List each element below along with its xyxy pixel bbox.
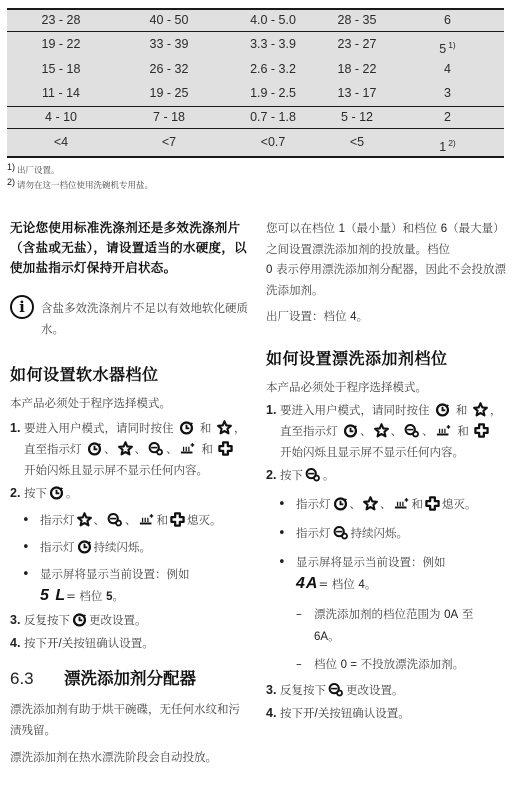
display-readout: 5 L <box>40 587 66 604</box>
value: 0 = <box>341 659 357 671</box>
punct: ， <box>490 403 502 417</box>
table-row: <4 <7 <0.7 <5 12) <box>7 128 504 157</box>
dash-text: 漂洗添加剂的档位范围为 <box>314 607 441 621</box>
step-number: 4. <box>10 633 20 654</box>
bullet-indicator-flashing: 指示灯持续闪烁。 <box>266 523 510 544</box>
step-number: 4. <box>266 703 276 724</box>
section-title-softener: 如何设置软水器档位 <box>10 362 258 385</box>
footnote-text: 请勿在这一档位使用洗碗机专用盐。 <box>17 181 153 191</box>
glass-icon <box>404 423 420 438</box>
bullet-text: 持续闪烁。 <box>351 526 409 540</box>
dash-text: 档位 <box>314 657 337 671</box>
bullet-text: = 档位 <box>66 589 102 603</box>
level-cell: 6 <box>391 9 504 31</box>
info-note: i 含盐多效洗涤剂片不足以有效地软化硬质水。 <box>10 294 258 340</box>
level-value: 6 <box>444 13 451 27</box>
star-icon <box>118 441 133 456</box>
table-row: 4 - 10 7 - 18 0.7 - 1.8 5 - 12 2 <box>7 106 504 128</box>
step-number: 3. <box>10 610 20 631</box>
bullet-display-setting: 显示屏将显示当前设置：例如 4A= 档位 4。 <box>266 552 510 596</box>
bullet-text: 熄灭。 <box>442 497 477 511</box>
step-text: 和 <box>456 403 468 417</box>
step-text: 按下 <box>280 706 303 720</box>
table-cell: 1.9 - 2.5 <box>223 81 323 106</box>
bullet-text: 指示灯 <box>296 497 331 511</box>
table-cell: 33 - 39 <box>115 31 223 56</box>
step-text: 和 <box>200 421 212 435</box>
table-cell: 7 - 18 <box>115 106 223 128</box>
step-text: 按下 <box>280 468 303 482</box>
text: （最小量）和档位 <box>345 221 437 235</box>
factory-setting: 出厂设置：档位 4。 <box>266 306 510 328</box>
footnote-mark: 1) <box>7 162 15 172</box>
star-icon <box>217 420 232 435</box>
step-text: 更改设置。 <box>89 613 147 627</box>
table-cell: 40 - 50 <box>115 9 223 31</box>
bullet-text: 显示屏将显示当前设置：例如 <box>40 567 190 581</box>
clock-icon <box>435 402 450 417</box>
right-column: 您可以在档位 1（最小量）和档位 6（最大量）之间设置漂洗添加剂的投放量。档位 … <box>266 218 510 725</box>
section-title: 漂洗添加剂分配器 <box>64 669 196 688</box>
step-text: 更改设置。 <box>346 683 404 697</box>
glass-icon <box>305 467 321 482</box>
bullet-text: 指示灯 <box>296 526 331 540</box>
star-icon <box>363 496 378 511</box>
table-cell: 3.3 - 3.9 <box>223 31 323 56</box>
punct: 。 <box>112 589 124 603</box>
table-cell: 0.7 - 1.8 <box>223 106 323 128</box>
step-4: 4. 按下开/关按钮确认设置。 <box>10 633 258 655</box>
clock-icon <box>87 441 102 456</box>
dash-mark: – <box>296 604 302 625</box>
punct: 、 <box>350 497 362 511</box>
text: 您可以在档位 <box>266 221 335 235</box>
step-text: 按钮确认设置。 <box>73 636 154 650</box>
bullet-text: 持续闪烁。 <box>94 540 152 554</box>
dash-text: 不投放漂洗添加剂。 <box>361 657 465 671</box>
value: 0A <box>444 609 458 621</box>
step-text: 按钮确认设置。 <box>329 706 410 720</box>
info-icon: i <box>10 295 34 319</box>
footnote-mark: 2) <box>7 177 15 187</box>
section-title-rinse-aid: 如何设置漂洗添加剂档位 <box>266 346 510 369</box>
step-text: 和 <box>201 442 213 456</box>
table-cell: <5 <box>323 128 391 157</box>
punct: 、 <box>125 513 137 527</box>
table-cell: <7 <box>115 128 223 157</box>
bullet-indicators-off: 指示灯、、和熄灭。 <box>266 494 510 515</box>
table-cell: 11 - 14 <box>7 81 115 106</box>
table-cell: 19 - 22 <box>7 31 115 56</box>
step-number: 1. <box>10 418 20 439</box>
bullet-indicators-off: 指示灯、、和熄灭。 <box>10 510 258 531</box>
star-icon <box>374 423 389 438</box>
punct: 。 <box>328 629 340 643</box>
punct: 。 <box>66 486 78 500</box>
number: 0 <box>266 264 272 276</box>
step-text: 开始闪烁且显示屏不显示任何内容。 <box>24 463 208 477</box>
level-cell: 4 <box>391 56 504 81</box>
bullet-text: 和 <box>157 513 169 527</box>
step-number: 2. <box>266 465 276 486</box>
clock-icon <box>72 612 87 627</box>
level-value: 2 <box>444 110 451 124</box>
plus-icon <box>425 496 440 511</box>
plus-icon <box>170 512 185 527</box>
punct: 、 <box>422 424 434 438</box>
punct: 、 <box>380 497 392 511</box>
table-cell: 19 - 25 <box>115 81 223 106</box>
star-icon <box>77 512 92 527</box>
step-text: 要进入用户模式，请同时按住 <box>280 403 430 417</box>
table-cell: 4.0 - 5.0 <box>223 9 323 31</box>
punct: 、 <box>94 513 106 527</box>
step-2: 2. 按下。 <box>266 465 510 486</box>
level-cell: 51) <box>391 31 504 56</box>
star-icon <box>473 402 488 417</box>
section-number: 6.3 <box>10 669 64 689</box>
steam-plus-icon <box>436 423 452 438</box>
table-cell: 28 - 35 <box>323 9 391 31</box>
punct: 、 <box>135 442 147 456</box>
bullet-display-setting: 显示屏将显示当前设置：例如 5 L= 档位 5。 <box>10 564 258 608</box>
rinse-aid-range-text: 您可以在档位 1（最小量）和档位 6（最大量）之间设置漂洗添加剂的投放量。档位 … <box>266 218 510 300</box>
plus-icon <box>218 441 233 456</box>
table-cell: 4 - 10 <box>7 106 115 128</box>
plus-icon <box>474 423 489 438</box>
table-cell: 23 - 28 <box>7 9 115 31</box>
glass-icon <box>148 441 164 456</box>
footnote-1: 1)出厂设置。 <box>7 160 153 175</box>
footnote-marker: 1) <box>448 40 456 50</box>
table-row: 11 - 14 19 - 25 1.9 - 2.5 13 - 17 3 <box>7 81 504 106</box>
step-4: 4. 按下开/关按钮确认设置。 <box>266 703 510 725</box>
clock-icon <box>333 496 348 511</box>
rinse-aid-release: 漂洗添加剂在热水漂洗阶段会自动投放。 <box>10 747 258 768</box>
step-3: 3. 反复按下更改设置。 <box>10 610 258 631</box>
table-cell: 15 - 18 <box>7 56 115 81</box>
steam-plus-icon <box>139 512 155 527</box>
step-text: 开始闪烁且显示屏不显示任何内容。 <box>280 445 464 459</box>
level-value: 5 <box>439 42 446 56</box>
level-cell: 12) <box>391 128 504 157</box>
value: 6A <box>314 631 328 643</box>
table-footnotes: 1)出厂设置。 2)请勿在这一档位使用洗碗机专用盐。 <box>7 160 153 190</box>
display-readout: 4A <box>296 575 318 592</box>
level-value: 3 <box>444 86 451 100</box>
step-number: 2. <box>10 483 20 504</box>
step-text: 反复按下 <box>280 683 326 697</box>
step-number: 3. <box>266 680 276 701</box>
clock-icon <box>77 539 92 554</box>
table-cell: 26 - 32 <box>115 56 223 81</box>
step-text: 直至指示灯 <box>280 424 338 438</box>
rinse-aid-desc: 漂洗添加剂有助于烘干碗碟，无任何水纹和污渍残留。 <box>10 699 240 741</box>
on-off-key: 开/关 <box>303 708 329 720</box>
clock-icon <box>49 485 64 500</box>
on-off-key: 开/关 <box>47 638 73 650</box>
dash-range: – 漂洗添加剂的档位范围为 0A 至 6A。 <box>266 604 510 648</box>
bullet-indicator-flashing: 指示灯持续闪烁。 <box>10 537 258 558</box>
step-1: 1. 要进入用户模式，请同时按住 和 ， 直至指示灯 、、、 和 开始闪烁且显示… <box>10 418 258 481</box>
dash-level-zero: – 档位 0 = 不投放漂洗添加剂。 <box>266 654 510 676</box>
steam-plus-icon <box>180 441 196 456</box>
table-cell: 18 - 22 <box>323 56 391 81</box>
dash-mark: – <box>296 654 302 675</box>
bullet-text: 指示灯 <box>40 513 75 527</box>
punct: 、 <box>391 424 403 438</box>
dash-text: 至 <box>462 607 474 621</box>
level-value: 4 <box>444 62 451 76</box>
glass-icon <box>333 525 349 540</box>
intro-text: 本产品必须处于程序选择模式。 <box>266 377 510 398</box>
step-2: 2. 按下。 <box>10 483 258 504</box>
step-text: 按下 <box>24 486 47 500</box>
step-text: 和 <box>457 424 469 438</box>
step-text: 反复按下 <box>24 613 70 627</box>
bullet-text: = 档位 <box>318 577 354 591</box>
bullet-text: 指示灯 <box>40 540 75 554</box>
text: 表示停用漂洗添加剂分配器，因此不会投放漂洗添加剂。 <box>266 262 506 297</box>
table-cell: <4 <box>7 128 115 157</box>
info-text: 含盐多效洗涤剂片不足以有效地软化硬质水。 <box>41 294 258 340</box>
level-cell: 3 <box>391 81 504 106</box>
punct: 。 <box>357 309 369 323</box>
glass-icon <box>328 682 344 697</box>
punct: 。 <box>323 468 335 482</box>
step-text: 按下 <box>24 636 47 650</box>
table-row: 19 - 22 33 - 39 3.3 - 3.9 23 - 27 51) <box>7 31 504 56</box>
intro-text: 本产品必须处于程序选择模式。 <box>10 393 258 414</box>
footnote-2: 2)请勿在这一档位使用洗碗机专用盐。 <box>7 175 153 190</box>
bullet-text: 熄灭。 <box>187 513 222 527</box>
punct: 。 <box>365 577 377 591</box>
step-text: 直至指示灯 <box>24 442 82 456</box>
punct: 、 <box>166 442 178 456</box>
left-column: 无论您使用标准洗涤剂还是多效洗涤剂片（含盐或无盐），请设置适当的水硬度，以使加盐… <box>10 218 258 768</box>
steam-plus-icon <box>394 496 410 511</box>
level-cell: 2 <box>391 106 504 128</box>
punct: 、 <box>360 424 372 438</box>
water-hardness-notice: 无论您使用标准洗涤剂还是多效洗涤剂片（含盐或无盐），请设置适当的水硬度，以使加盐… <box>10 218 258 278</box>
section-heading-6-3: 6.3漂洗添加剂分配器 <box>10 665 258 689</box>
step-number: 1. <box>266 400 276 421</box>
bullet-text: 显示屏将显示当前设置：例如 <box>296 555 446 569</box>
footnote-marker: 2) <box>448 138 456 148</box>
text: 出厂设置：档位 <box>266 309 347 323</box>
clock-icon <box>343 423 358 438</box>
table-row: 23 - 28 40 - 50 4.0 - 5.0 28 - 35 6 <box>7 9 504 31</box>
punct: ， <box>234 421 246 435</box>
glass-icon <box>107 512 123 527</box>
table-cell: 13 - 17 <box>323 81 391 106</box>
table-cell: <0.7 <box>223 128 323 157</box>
table-row: 15 - 18 26 - 32 2.6 - 3.2 18 - 22 4 <box>7 56 504 81</box>
table-cell: 2.6 - 3.2 <box>223 56 323 81</box>
step-1: 1. 要进入用户模式，请同时按住 和 ， 直至指示灯 、、、 和 开始闪烁且显示… <box>266 400 510 463</box>
table-cell: 23 - 27 <box>323 31 391 56</box>
clock-icon <box>179 420 194 435</box>
level-value: 1 <box>439 140 446 154</box>
bullet-text: 和 <box>412 497 424 511</box>
step-3: 3. 反复按下更改设置。 <box>266 680 510 701</box>
punct: 、 <box>104 442 116 456</box>
step-text: 要进入用户模式，请同时按住 <box>24 421 174 435</box>
table-cell: 5 - 12 <box>323 106 391 128</box>
water-hardness-table: 23 - 28 40 - 50 4.0 - 5.0 28 - 35 6 19 -… <box>7 8 504 158</box>
